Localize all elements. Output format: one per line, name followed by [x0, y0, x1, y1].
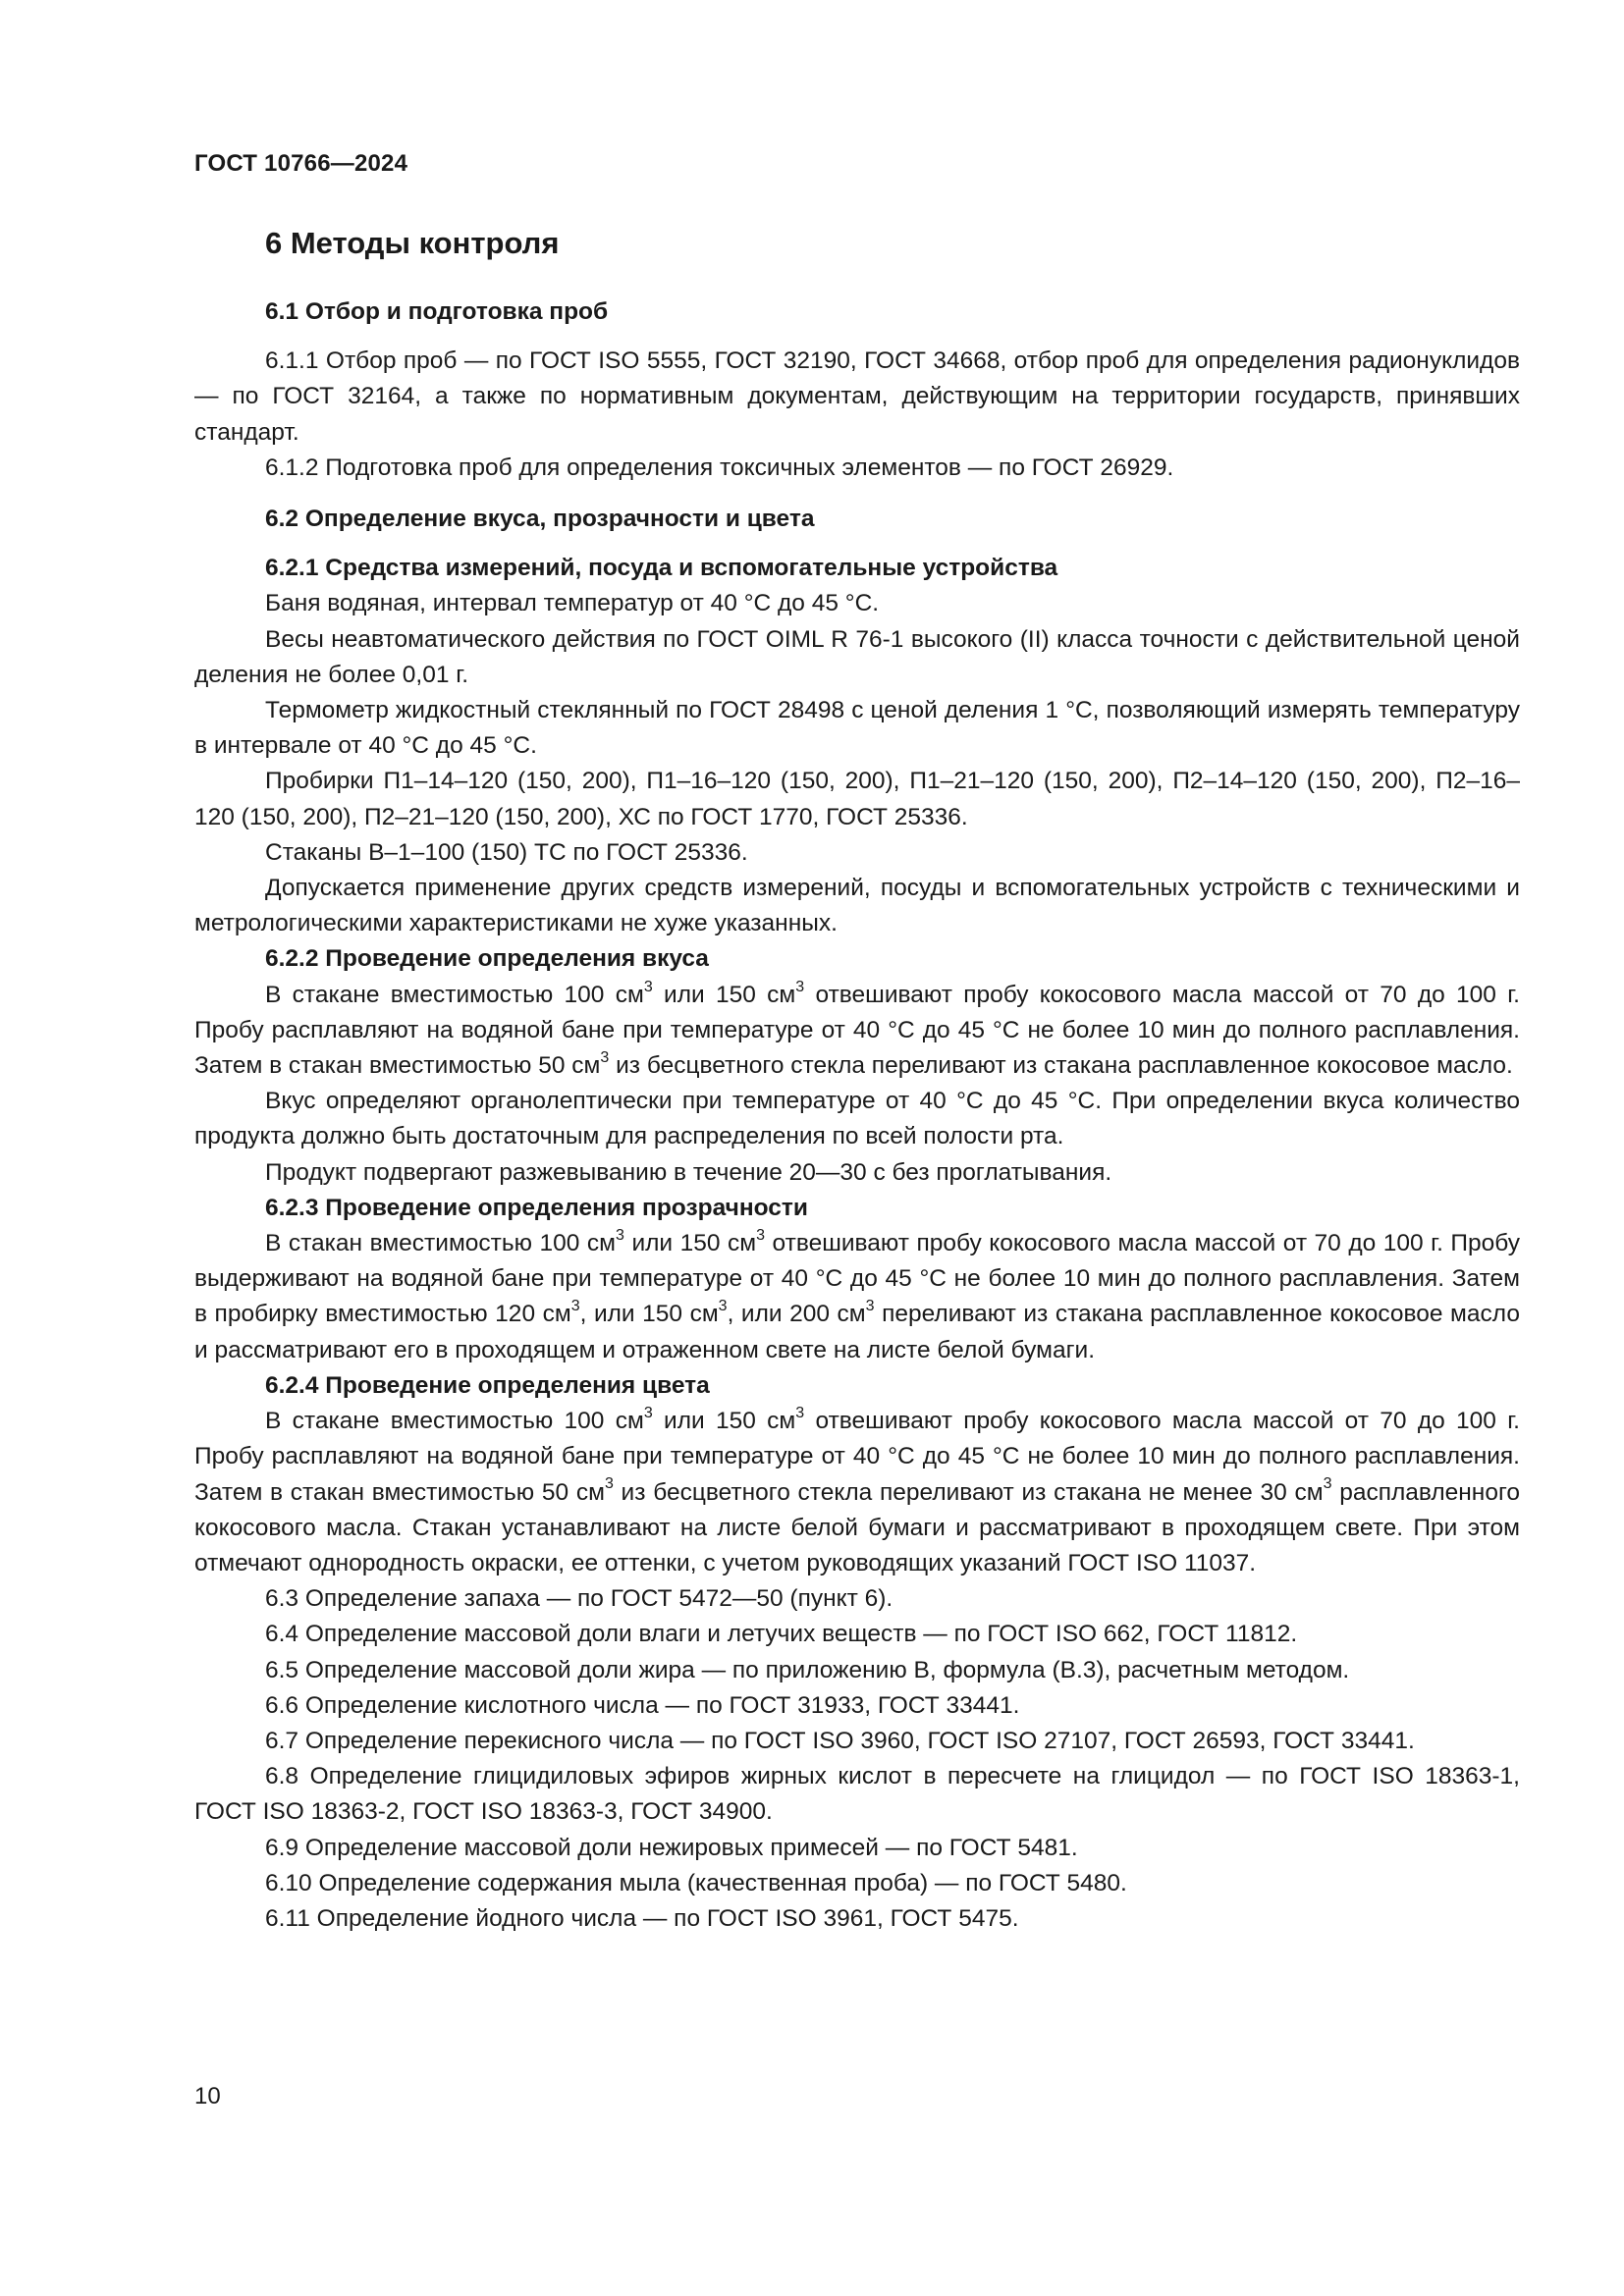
superscript: 3 — [644, 979, 653, 995]
running-header-doc-code: ГОСТ 10766—2024 — [194, 150, 407, 178]
equipment-item: Весы неавтоматического действия по ГОСТ … — [194, 622, 1520, 693]
paragraph-6-2-2-2: Вкус определяют органолептически при тем… — [194, 1084, 1520, 1154]
superscript: 3 — [866, 1298, 875, 1314]
method-item-6-9: 6.9 Определение массовой доли нежировых … — [194, 1831, 1520, 1866]
superscript: 3 — [644, 1405, 653, 1421]
method-item-6-11: 6.11 Определение йодного числа — по ГОСТ… — [194, 1901, 1520, 1937]
subsection-6-2-3-title: 6.2.3 Проведение определения прозрачност… — [194, 1191, 1520, 1226]
method-item-6-10: 6.10 Определение содержания мыла (качест… — [194, 1866, 1520, 1901]
document-body: 6.1 Отбор и подготовка проб 6.1.1 Отбор … — [194, 294, 1520, 1937]
subsection-6-2-title: 6.2 Определение вкуса, прозрачности и цв… — [194, 502, 1520, 537]
method-item-6-4: 6.4 Определение массовой доли влаги и ле… — [194, 1617, 1520, 1652]
superscript: 3 — [605, 1475, 614, 1492]
method-item-6-7: 6.7 Определение перекисного числа — по Г… — [194, 1724, 1520, 1759]
subsection-6-2-2-title: 6.2.2 Проведение определения вкуса — [194, 941, 1520, 977]
method-item-6-3: 6.3 Определение запаха — по ГОСТ 5472—50… — [194, 1581, 1520, 1617]
paragraph-6-1-1: 6.1.1 Отбор проб — по ГОСТ ISO 5555, ГОС… — [194, 344, 1520, 451]
paragraph-6-2-3-1: В стакан вместимостью 100 см3 или 150 см… — [194, 1226, 1520, 1368]
equipment-item: Пробирки П1–14–120 (150, 200), П1–16–120… — [194, 764, 1520, 834]
superscript: 3 — [719, 1298, 728, 1314]
superscript: 3 — [571, 1298, 580, 1314]
paragraph-6-2-2-1: В стакане вместимостью 100 см3 или 150 с… — [194, 978, 1520, 1085]
equipment-item: Стаканы В–1–100 (150) ТС по ГОСТ 25336. — [194, 835, 1520, 871]
method-item-6-5: 6.5 Определение массовой доли жира — по … — [194, 1653, 1520, 1688]
method-item-6-8: 6.8 Определение глицидиловых эфиров жирн… — [194, 1759, 1520, 1830]
superscript: 3 — [1324, 1475, 1332, 1492]
superscript: 3 — [756, 1227, 765, 1244]
equipment-item: Баня водяная, интервал температур от 40 … — [194, 586, 1520, 621]
section-title: 6 Методы контроля — [265, 226, 559, 261]
superscript: 3 — [795, 1405, 804, 1421]
page-number: 10 — [194, 2083, 221, 2110]
superscript: 3 — [616, 1227, 624, 1244]
subsection-6-1-title: 6.1 Отбор и подготовка проб — [194, 294, 1520, 330]
equipment-item: Термометр жидкостный стеклянный по ГОСТ … — [194, 693, 1520, 764]
superscript: 3 — [600, 1049, 609, 1066]
paragraph-6-2-2-3: Продукт подвергают разжевыванию в течени… — [194, 1155, 1520, 1191]
method-item-6-6: 6.6 Определение кислотного числа — по ГО… — [194, 1688, 1520, 1724]
superscript: 3 — [795, 979, 804, 995]
equipment-item: Допускается применение других средств из… — [194, 871, 1520, 941]
subsection-6-2-4-title: 6.2.4 Проведение определения цвета — [194, 1368, 1520, 1404]
paragraph-6-1-2: 6.1.2 Подготовка проб для определения то… — [194, 451, 1520, 486]
subsection-6-2-1-title: 6.2.1 Средства измерений, посуда и вспом… — [194, 551, 1520, 586]
paragraph-6-2-4-1: В стакане вместимостью 100 см3 или 150 с… — [194, 1404, 1520, 1581]
